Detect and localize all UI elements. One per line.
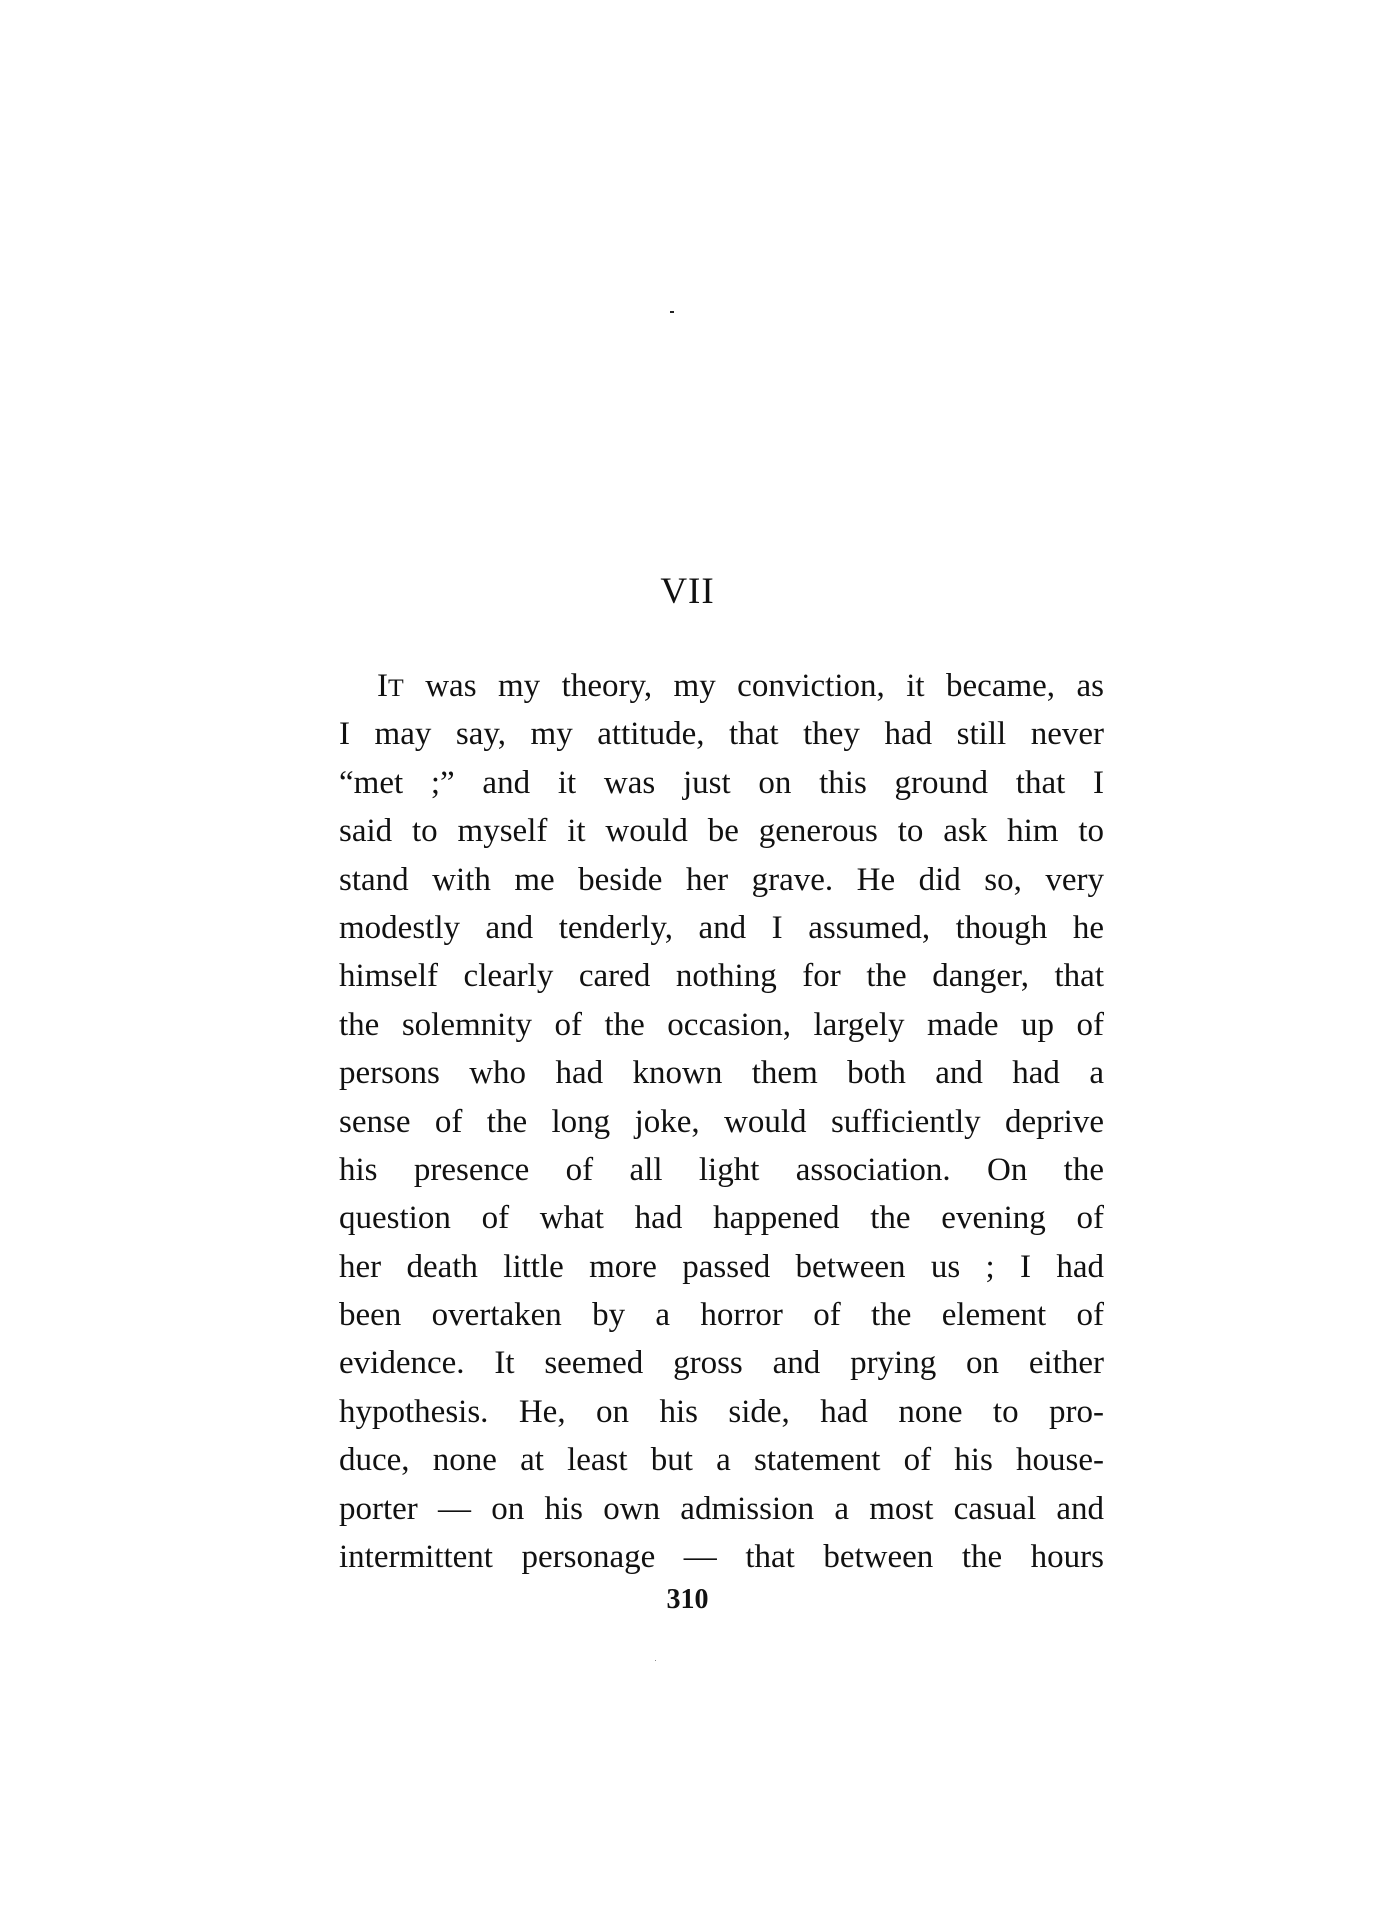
paragraph-line: said to myself it would be generous to a… bbox=[339, 811, 1104, 859]
paragraph-line: the solemnity of the occasion, largely m… bbox=[339, 1005, 1104, 1053]
paragraph-line: evidence. It seemed gross and prying on … bbox=[339, 1343, 1104, 1391]
paragraph-line: I may say, my attitude, that they had st… bbox=[339, 714, 1104, 762]
paragraph-line: been overtaken by a horror of the elemen… bbox=[339, 1295, 1104, 1343]
paragraph-line: question of what had happened the evenin… bbox=[339, 1198, 1104, 1246]
paragraph-line: her death little more passed between us … bbox=[339, 1247, 1104, 1295]
paragraph-line: duce, none at least but a statement of h… bbox=[339, 1440, 1104, 1488]
book-page: VII IT was my theory, my conviction, it … bbox=[0, 0, 1375, 1924]
paragraph-line: modestly and tenderly, and I assumed, th… bbox=[339, 908, 1104, 956]
paragraph-line: intermittent personage — that between th… bbox=[339, 1537, 1104, 1585]
paragraph-line: his presence of all light association. O… bbox=[339, 1150, 1104, 1198]
paragraph-line: IT was my theory, my conviction, it beca… bbox=[339, 666, 1104, 714]
paragraph-line: persons who had known them both and had … bbox=[339, 1053, 1104, 1101]
small-caps-letter: T bbox=[388, 673, 404, 702]
page-number: 310 bbox=[0, 1584, 1375, 1616]
initial-letter: I bbox=[377, 668, 388, 704]
paragraph-line: “met ;” and it was just on this ground t… bbox=[339, 763, 1104, 811]
paragraph-line: hypothesis. He, on his side, had none to… bbox=[339, 1392, 1104, 1440]
scan-speck-bottom bbox=[655, 1660, 656, 1661]
first-line-text: was my theory, my conviction, it became,… bbox=[404, 668, 1104, 704]
paragraph-line: himself clearly cared nothing for the da… bbox=[339, 956, 1104, 1004]
scan-speck-top bbox=[670, 311, 674, 313]
paragraph-line: porter — on his own admission a most cas… bbox=[339, 1489, 1104, 1537]
chapter-heading: VII bbox=[0, 570, 1375, 613]
paragraph-line: stand with me beside her grave. He did s… bbox=[339, 860, 1104, 908]
paragraph-line: sense of the long joke, would sufficient… bbox=[339, 1102, 1104, 1150]
paragraph: IT was my theory, my conviction, it beca… bbox=[339, 666, 1104, 1585]
